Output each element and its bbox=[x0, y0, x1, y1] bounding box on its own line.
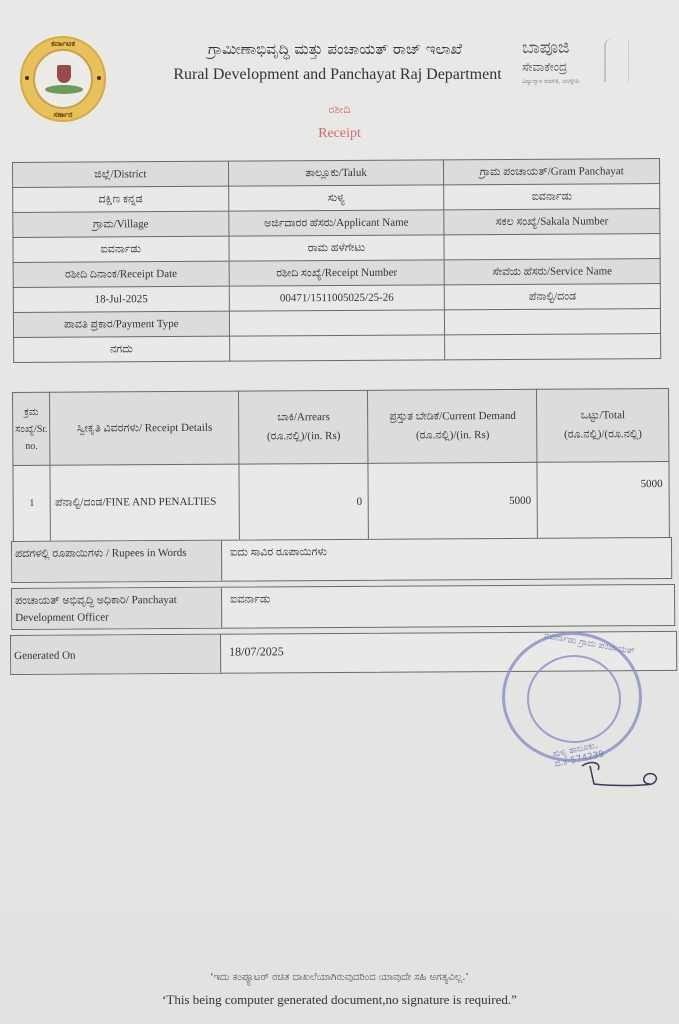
header-arrears: ಬಾಕಿ/Arrears(ರೂ.ನಲ್ಲಿ)/(in. Rs) bbox=[239, 390, 368, 464]
emblem-top-text: ಕರ್ನಾಟಕ bbox=[20, 39, 106, 49]
table-cell: ನಗದು bbox=[14, 336, 230, 362]
footer-note-kannada: ‘ಇದು ಕಂಪ್ಯೂಟರ್ ರಚಿತ ದಾಖಲೆಯಾಗಿರುವುದರಿಂದ ಯ… bbox=[0, 972, 679, 983]
row-current-demand: 5000 bbox=[368, 462, 537, 540]
rupees-in-words-value: ಐದು ಸಾವಿರ ರೂಪಾಯಿಗಳು bbox=[230, 546, 327, 560]
pdo-row: ಪಂಚಾಯತ್ ಅಭಿವೃದ್ಧಿ ಅಧಿಕಾರಿ/ Panchayat Dev… bbox=[11, 584, 675, 630]
gandhi-figure-icon bbox=[604, 38, 629, 82]
header-sr-no: ಕ್ರಮ ಸಂಖ್ಯೆ/Sr. no. bbox=[13, 392, 51, 465]
department-title-english: Rural Development and Panchayat Raj Depa… bbox=[160, 66, 515, 84]
receipt-info-table: ಜಿಲ್ಲೆ/Districtತಾಲ್ಲೂಕು/Talukಗ್ರಾಮ ಪಂಚಾಯ… bbox=[12, 158, 661, 363]
table-cell: 00471/1511005025/25-26 bbox=[229, 285, 445, 311]
footer-note-english: ‘This being computer generated document,… bbox=[0, 992, 679, 1008]
table-cell: ಅರ್ಜಿದಾರರ ಹೆಸರು/Applicant Name bbox=[228, 210, 444, 236]
pdo-label: ಪಂಚಾಯತ್ ಅಭಿವೃದ್ಧಿ ಅಧಿಕಾರಿ/ Panchayat Dev… bbox=[12, 588, 222, 629]
table-cell bbox=[229, 335, 445, 361]
receipt-document: ಕರ್ನಾಟಕ ಸರ್ಕಾರ ಗ್ರಾಮೀಣಾಭಿವೃದ್ಧಿ ಮತ್ತು ಪಂ… bbox=[0, 0, 679, 1024]
header-receipt-details: ಸ್ವೀಕೃತಿ ವಿವರಗಳು/ Receipt Details bbox=[50, 391, 239, 465]
header-total: ಒಟ್ಟು/Total(ರೂ.ನಲ್ಲಿ)/(ರೂ.ನಲ್ಲಿ) bbox=[537, 388, 669, 462]
receipt-title-kannada: ರಶೀದಿ bbox=[0, 103, 679, 117]
table-cell: ತಾಲ್ಲೂಕು/Taluk bbox=[228, 160, 444, 186]
table-cell: ಐವರ್ನಾಡು bbox=[444, 184, 660, 210]
bapuji-seva-kendra-logo: ಬಾಪೂಜಿ ಸೇವಾಕೇಂದ್ರ ವಿದ್ಯುನ್ಮಾನ ಆಡಳಿತ, ಜನಸ… bbox=[522, 38, 632, 93]
table-row: 1 ಪೆನಾಲ್ಟಿ/ದಂಡ/FINE AND PENALTIES 0 5000… bbox=[13, 461, 669, 542]
receipt-details-table: ಕ್ರಮ ಸಂಖ್ಯೆ/Sr. no. ಸ್ವೀಕೃತಿ ವಿವರಗಳು/ Re… bbox=[12, 388, 670, 543]
row-arrears: 0 bbox=[239, 463, 368, 541]
table-cell: ಸಕಲ ಸಂಖ್ಯೆ/Sakala Number bbox=[444, 209, 660, 235]
row-total: 5000 bbox=[537, 461, 669, 539]
panchayat-seal-stamp: ಐವರ್ನಾಡು ಗ್ರಾಮ ಪಂಚಾಯತ್ ಸುಳ್ಯ ತಾಲೂಕು, ದ.ಕ… bbox=[502, 632, 642, 762]
rupees-in-words-row: ಪದಗಳಲ್ಲಿ ರೂಪಾಯಿಗಳು / Rupees in Words ಐದು… bbox=[11, 537, 672, 583]
table-cell bbox=[445, 309, 661, 335]
table-cell: ಜಿಲ್ಲೆ/District bbox=[13, 161, 229, 187]
table-cell: ಪಾವತಿ ಪ್ರಕಾರ/Payment Type bbox=[13, 311, 229, 337]
generated-on-label: Generated On bbox=[11, 635, 221, 674]
table-cell: ಗ್ರಾಮ ಪಂಚಾಯತ್/Gram Panchayat bbox=[444, 159, 660, 185]
header-current-demand: ಪ್ರಸ್ತುತ ಬೇಡಿಕೆ/Current Demand(ರೂ.ನಲ್ಲಿ)… bbox=[368, 389, 537, 463]
table-cell: ಸೇವೆಯ ಹೆಸರು/Service Name bbox=[444, 259, 660, 285]
pdo-value: ಐವರ್ನಾಡು bbox=[230, 593, 270, 606]
table-cell: ರಶೀದಿ ದಿನಾಂಕ/Receipt Date bbox=[13, 261, 229, 287]
table-cell: ರಶೀದಿ ಸಂಖ್ಯೆ/Receipt Number bbox=[229, 260, 445, 286]
generated-on-value: 18/07/2025 bbox=[229, 644, 284, 659]
receipt-title-english: Receipt bbox=[0, 126, 679, 142]
table-cell: ಸುಳ್ಯ bbox=[228, 185, 444, 211]
rupees-in-words-label: ಪದಗಳಲ್ಲಿ ರೂಪಾಯಿಗಳು / Rupees in Words bbox=[12, 541, 222, 582]
table-cell: ರಾಮ ಹಳೆಗೇಟು bbox=[229, 235, 445, 261]
row-receipt-details: ಪೆನಾಲ್ಟಿ/ದಂಡ/FINE AND PENALTIES bbox=[50, 464, 239, 542]
row-sr-no: 1 bbox=[13, 465, 51, 542]
table-cell bbox=[229, 310, 445, 336]
table-cell bbox=[445, 334, 661, 360]
table-cell bbox=[444, 234, 660, 260]
table-cell: ಪೆನಾಲ್ಟಿ/ದಂಡ bbox=[445, 284, 661, 310]
table-cell: 18-Jul-2025 bbox=[13, 286, 229, 312]
table-cell: ಐವರ್ನಾಡು bbox=[13, 236, 229, 262]
details-header-row: ಕ್ರಮ ಸಂಖ್ಯೆ/Sr. no. ಸ್ವೀಕೃತಿ ವಿವರಗಳು/ Re… bbox=[13, 388, 669, 465]
table-row: ನಗದು bbox=[14, 334, 661, 363]
table-cell: ಗ್ರಾಮ/Village bbox=[13, 211, 229, 237]
department-title-kannada: ಗ್ರಾಮೀಣಾಭಿವೃದ್ಧಿ ಮತ್ತು ಪಂಚಾಯತ್ ರಾಜ್ ಇಲಾಖ… bbox=[175, 40, 495, 58]
signature-icon bbox=[580, 760, 660, 788]
table-cell: ದಕ್ಷಿಣ ಕನ್ನಡ bbox=[13, 186, 229, 212]
